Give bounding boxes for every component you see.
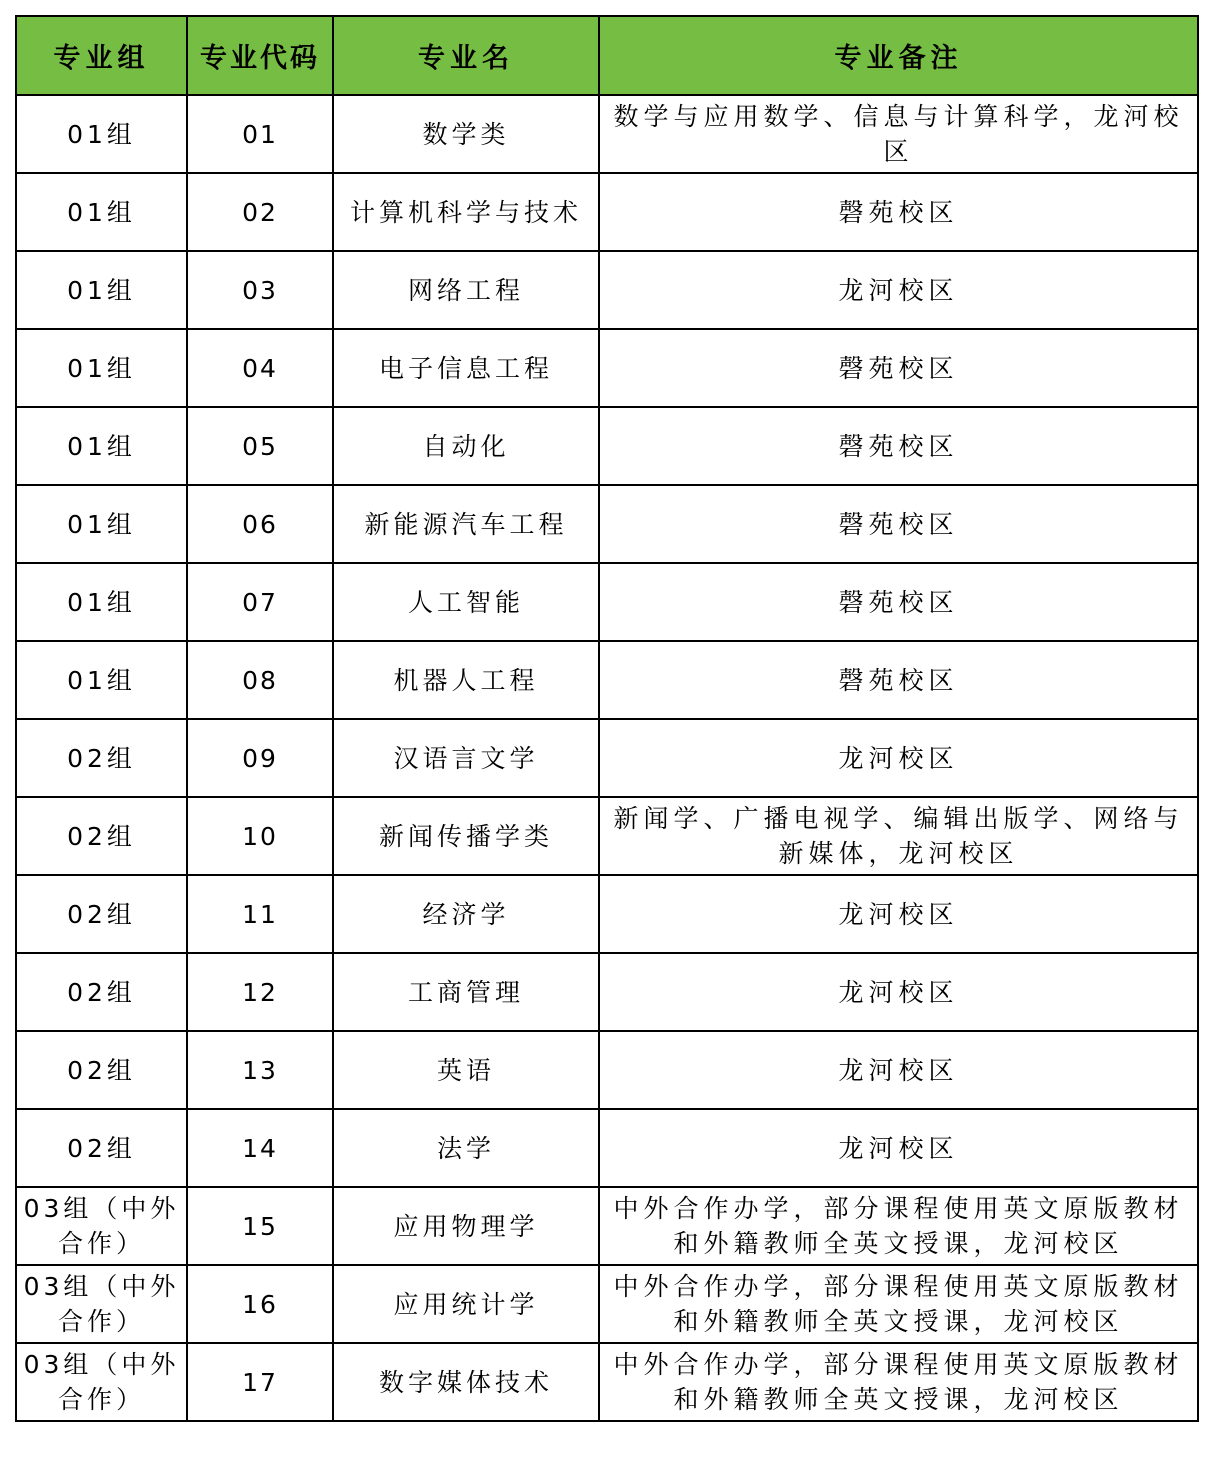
table-row: 03组（中外合作）17数字媒体技术中外合作办学，部分课程使用英文原版教材和外籍教… [16,1343,1198,1421]
group-cell: 03组（中外合作） [16,1343,187,1421]
name-cell: 计算机科学与技术 [333,173,599,251]
table-row: 01组08机器人工程磬苑校区 [16,641,1198,719]
name-cell: 工商管理 [333,953,599,1031]
note-cell: 磬苑校区 [599,329,1198,407]
code-cell: 17 [187,1343,333,1421]
table-row: 03组（中外合作）16应用统计学中外合作办学，部分课程使用英文原版教材和外籍教师… [16,1265,1198,1343]
code-cell: 03 [187,251,333,329]
name-cell: 数学类 [333,95,599,173]
code-cell: 15 [187,1187,333,1265]
name-cell: 自动化 [333,407,599,485]
note-cell: 龙河校区 [599,953,1198,1031]
code-cell: 02 [187,173,333,251]
group-cell: 01组 [16,563,187,641]
code-cell: 05 [187,407,333,485]
code-cell: 13 [187,1031,333,1109]
code-cell: 12 [187,953,333,1031]
name-cell: 机器人工程 [333,641,599,719]
table-row: 01组05自动化磬苑校区 [16,407,1198,485]
code-cell: 09 [187,719,333,797]
group-cell: 02组 [16,797,187,875]
name-cell: 新闻传播学类 [333,797,599,875]
note-cell: 龙河校区 [599,1031,1198,1109]
code-cell: 06 [187,485,333,563]
name-cell: 英语 [333,1031,599,1109]
table-row: 01组04电子信息工程磬苑校区 [16,329,1198,407]
table-row: 03组（中外合作）15应用物理学中外合作办学，部分课程使用英文原版教材和外籍教师… [16,1187,1198,1265]
header-group: 专业组 [16,16,187,95]
table-row: 02组13英语龙河校区 [16,1031,1198,1109]
group-cell: 01组 [16,173,187,251]
table-row: 01组01数学类数学与应用数学、信息与计算科学，龙河校区 [16,95,1198,173]
table-row: 01组07人工智能磬苑校区 [16,563,1198,641]
group-cell: 01组 [16,485,187,563]
group-cell: 01组 [16,329,187,407]
note-cell: 磬苑校区 [599,485,1198,563]
note-cell: 磬苑校区 [599,173,1198,251]
note-cell: 龙河校区 [599,875,1198,953]
note-cell: 龙河校区 [599,1109,1198,1187]
group-cell: 01组 [16,251,187,329]
table-row: 01组02计算机科学与技术磬苑校区 [16,173,1198,251]
group-cell: 01组 [16,641,187,719]
note-cell: 磬苑校区 [599,641,1198,719]
majors-table: 专业组 专业代码 专业名 专业备注 01组01数学类数学与应用数学、信息与计算科… [15,15,1199,1422]
name-cell: 新能源汽车工程 [333,485,599,563]
name-cell: 汉语言文学 [333,719,599,797]
note-cell: 中外合作办学，部分课程使用英文原版教材和外籍教师全英文授课，龙河校区 [599,1343,1198,1421]
table-row: 02组11经济学龙河校区 [16,875,1198,953]
name-cell: 数字媒体技术 [333,1343,599,1421]
table-row: 02组09汉语言文学龙河校区 [16,719,1198,797]
code-cell: 08 [187,641,333,719]
code-cell: 11 [187,875,333,953]
note-cell: 新闻学、广播电视学、编辑出版学、网络与新媒体，龙河校区 [599,797,1198,875]
note-cell: 龙河校区 [599,251,1198,329]
table-row: 02组14法学龙河校区 [16,1109,1198,1187]
name-cell: 电子信息工程 [333,329,599,407]
note-cell: 磬苑校区 [599,407,1198,485]
name-cell: 应用统计学 [333,1265,599,1343]
note-cell: 中外合作办学，部分课程使用英文原版教材和外籍教师全英文授课，龙河校区 [599,1187,1198,1265]
code-cell: 10 [187,797,333,875]
table-row: 01组03网络工程龙河校区 [16,251,1198,329]
group-cell: 02组 [16,1109,187,1187]
name-cell: 经济学 [333,875,599,953]
group-cell: 03组（中外合作） [16,1187,187,1265]
name-cell: 法学 [333,1109,599,1187]
name-cell: 应用物理学 [333,1187,599,1265]
code-cell: 14 [187,1109,333,1187]
note-cell: 磬苑校区 [599,563,1198,641]
group-cell: 02组 [16,953,187,1031]
note-cell: 龙河校区 [599,719,1198,797]
header-note: 专业备注 [599,16,1198,95]
group-cell: 03组（中外合作） [16,1265,187,1343]
code-cell: 16 [187,1265,333,1343]
table-row: 02组10新闻传播学类新闻学、广播电视学、编辑出版学、网络与新媒体，龙河校区 [16,797,1198,875]
note-cell: 数学与应用数学、信息与计算科学，龙河校区 [599,95,1198,173]
table-row: 01组06新能源汽车工程磬苑校区 [16,485,1198,563]
table-row: 02组12工商管理龙河校区 [16,953,1198,1031]
group-cell: 01组 [16,407,187,485]
code-cell: 01 [187,95,333,173]
code-cell: 04 [187,329,333,407]
header-row: 专业组 专业代码 专业名 专业备注 [16,16,1198,95]
group-cell: 01组 [16,95,187,173]
group-cell: 02组 [16,719,187,797]
note-cell: 中外合作办学，部分课程使用英文原版教材和外籍教师全英文授课，龙河校区 [599,1265,1198,1343]
group-cell: 02组 [16,875,187,953]
header-code: 专业代码 [187,16,333,95]
header-name: 专业名 [333,16,599,95]
name-cell: 网络工程 [333,251,599,329]
code-cell: 07 [187,563,333,641]
name-cell: 人工智能 [333,563,599,641]
group-cell: 02组 [16,1031,187,1109]
